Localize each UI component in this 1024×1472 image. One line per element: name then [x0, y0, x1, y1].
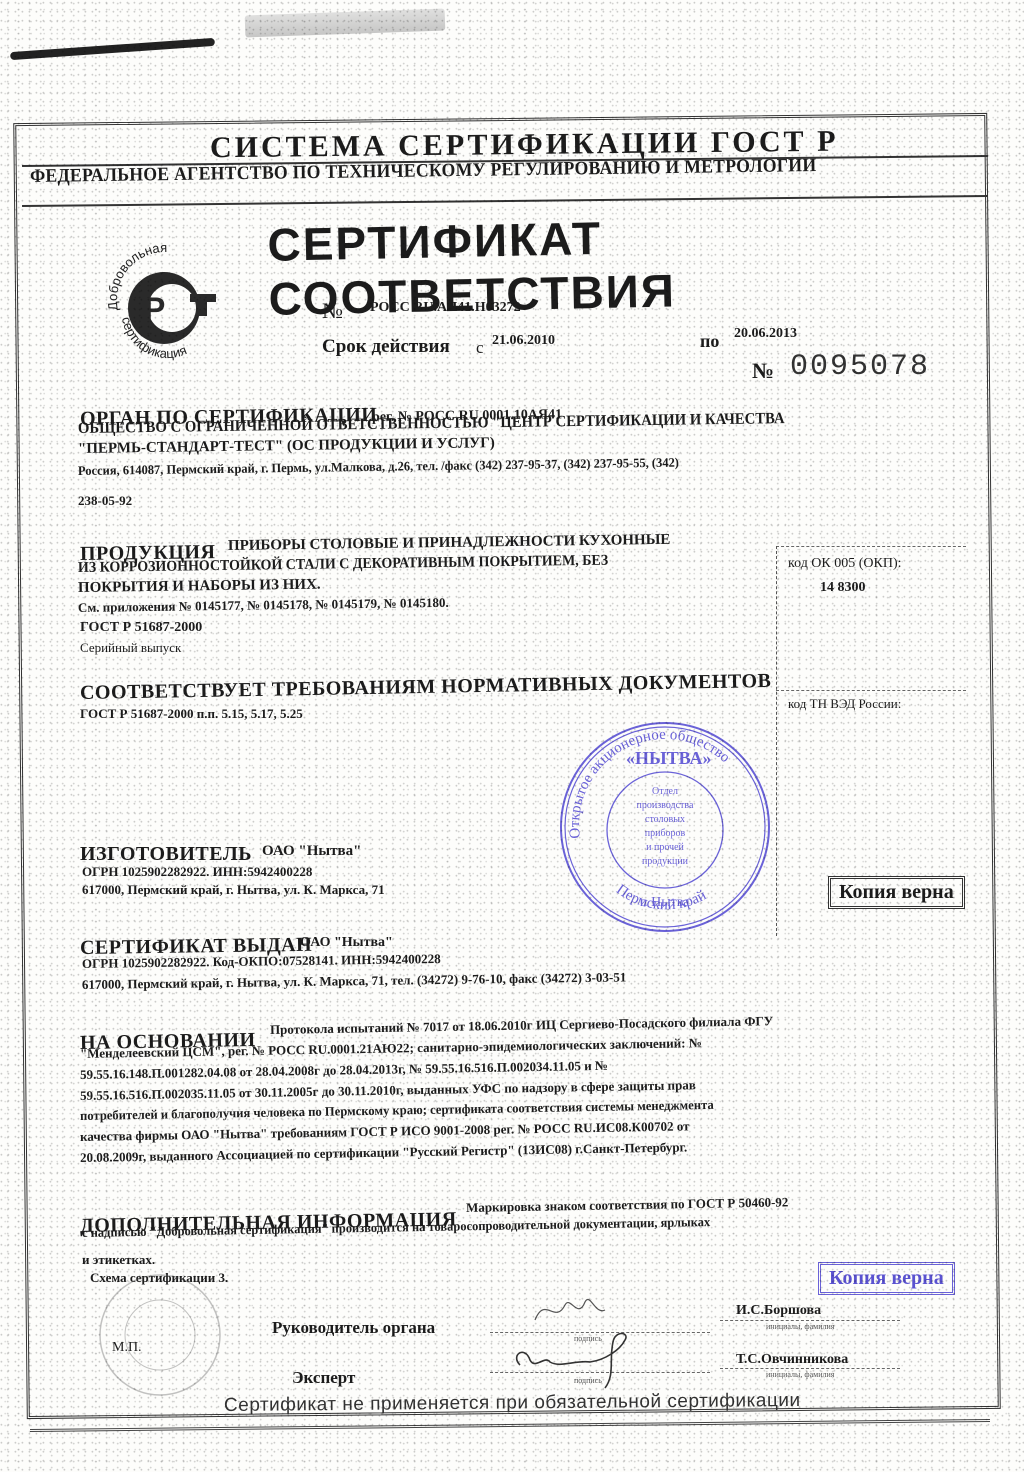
svg-text:приборов: приборов: [645, 828, 686, 839]
rst-voluntary-certification-logo: Добровольная сертификация P: [100, 240, 230, 370]
svg-text:Отдел: Отдел: [652, 786, 678, 797]
manufacturer-name: ОАО "Нытва": [262, 843, 361, 860]
scan-smudge: [245, 9, 446, 38]
svg-text:производства: производства: [637, 800, 695, 811]
svg-text:продукции: продукции: [642, 856, 689, 867]
manufacturer-address: 617000, Пермский край, г. Нытва, ул. К. …: [82, 882, 385, 898]
cert-body-phone: 238-05-92: [78, 493, 132, 509]
footer-notice: Сертификат не применяется при обязательн…: [224, 1390, 801, 1417]
product-standard: ГОСТ Р 51687-2000: [80, 620, 202, 636]
blank-number: 0095078: [790, 350, 930, 384]
certificate-number: РОСС RU.АЯ41.Н03272: [370, 300, 521, 316]
manufacturer-label: ИЗГОТОВИТЕЛЬ: [80, 843, 252, 866]
svg-text:столовых: столовых: [645, 814, 685, 825]
issued-to-name: ОАО "Нытва": [300, 935, 393, 951]
validity-to-date: 20.06.2013: [734, 326, 797, 342]
expert-name: Т.С.Овчинникова: [736, 1352, 848, 1368]
validity-from-date: 21.06.2010: [492, 333, 555, 349]
svg-text:«НЫТВА»: «НЫТВА»: [626, 748, 712, 768]
tnved-divider: [776, 690, 966, 691]
okp-divider: [776, 546, 966, 547]
additional-line3: и этикетках.: [82, 1252, 155, 1268]
validity-label: Срок действия: [322, 336, 450, 358]
signature-caption: подпись: [574, 1376, 602, 1385]
code-column-divider: [776, 546, 777, 936]
certification-body-seal: [85, 1270, 235, 1400]
okp-label: код ОК 005 (ОКП):: [788, 556, 902, 572]
name-caption: инициалы, фамилия: [766, 1370, 834, 1379]
svg-text:и прочей: и прочей: [646, 842, 684, 853]
copy-certified-stamp-blue: Копия верна: [818, 1262, 955, 1295]
head-of-body-label: Руководитель органа: [272, 1318, 435, 1338]
name-caption: инициалы, фамилия: [766, 1322, 834, 1331]
validity-to-label: по: [700, 331, 719, 352]
blank-number-symbol: №: [752, 358, 774, 384]
product-line3: ПОКРЫТИЯ И НАБОРЫ ИЗ НИХ.: [78, 577, 321, 597]
validity-from-label: с: [476, 338, 484, 358]
conformity-standard: ГОСТ Р 51687-2000 п.п. 5.15, 5.17, 5.25: [80, 706, 303, 722]
number-symbol: №: [322, 298, 343, 324]
scan-pen-mark: [10, 38, 215, 60]
head-signature: [530, 1290, 610, 1330]
company-round-seal: Открытое акционерное общество «НЫТВА» От…: [556, 718, 774, 936]
svg-text:Пермский край: Пермский край: [613, 882, 709, 914]
head-name-line: [720, 1320, 900, 1321]
svg-text:P: P: [144, 291, 165, 327]
footer-rule: [30, 1419, 990, 1432]
copy-certified-stamp-black: Копия верна: [828, 876, 965, 909]
okp-code: 14 8300: [820, 580, 866, 596]
expert-name-line: [720, 1368, 900, 1369]
manufacturer-ids: ОГРН 1025902282922. ИНН:5942400228: [82, 864, 312, 880]
expert-label: Эксперт: [292, 1368, 355, 1388]
product-serial: Серийный выпуск: [80, 640, 181, 656]
seal-placeholder-label: М.П.: [112, 1340, 142, 1356]
head-of-body-name: И.С.Боршова: [736, 1303, 821, 1319]
tnved-label: код ТН ВЭД России:: [788, 696, 901, 712]
